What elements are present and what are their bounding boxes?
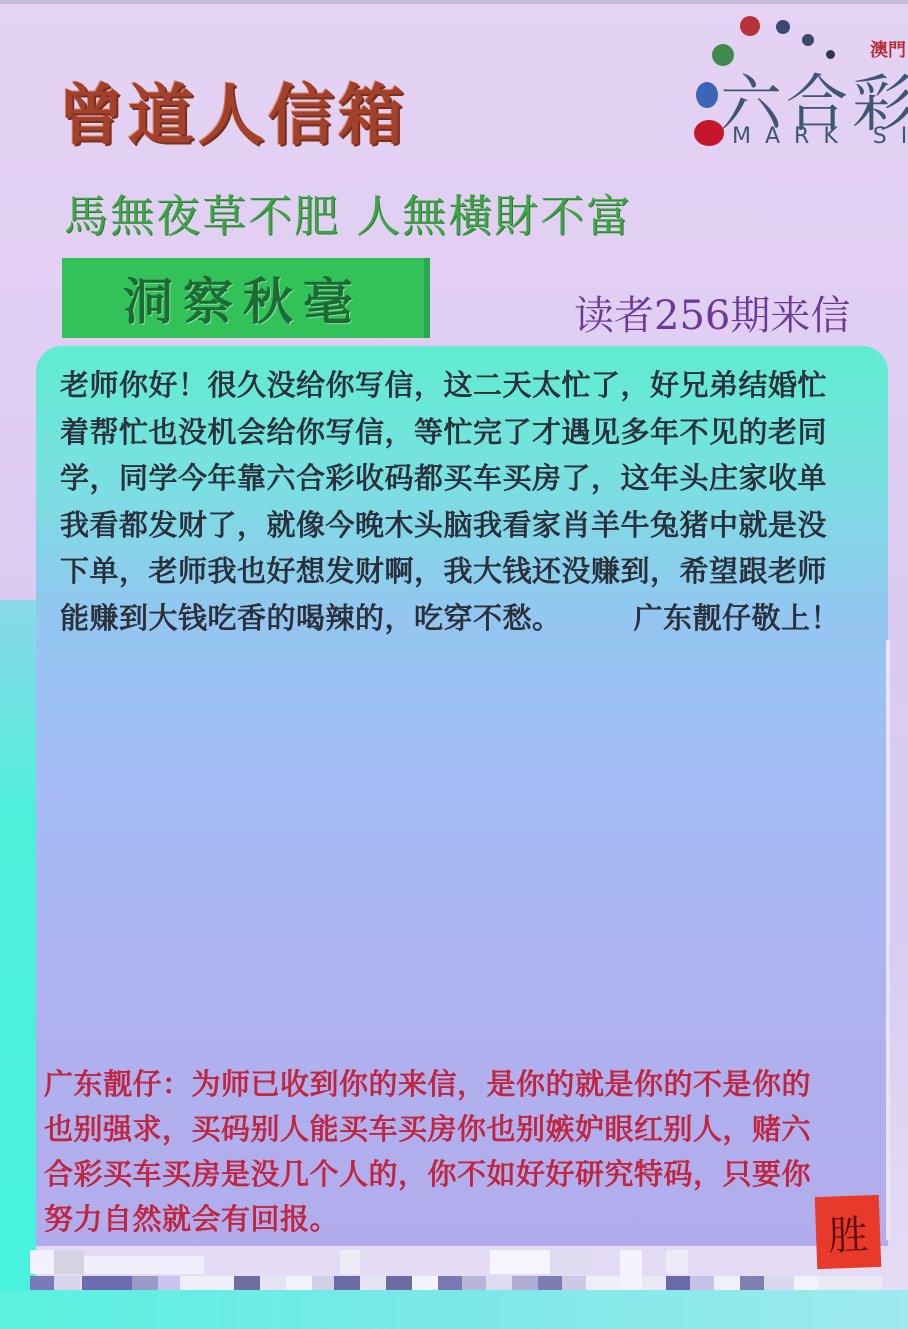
left-edge-strip	[0, 600, 36, 1329]
letter-line: 着帮忙也没机会给你写信，等忙完了才遇见多年不见的老同	[60, 409, 880, 456]
logo-dot-navy	[776, 20, 790, 34]
letter-line: 下单，老师我也好想发财啊，我大钱还没赚到，希望跟老师	[60, 548, 880, 595]
top-edge	[0, 0, 908, 4]
issue-label: 读者256期来信	[574, 284, 850, 341]
card-right-edge	[886, 640, 890, 1240]
logo-tag: 澳門	[870, 36, 906, 62]
letter-signature: 广东靓仔敬上！	[634, 595, 841, 642]
mark-six-logo: 六合彩 MARK SIX 澳門	[676, 10, 908, 150]
reply-line: 努力自然就会有回报。	[44, 1197, 874, 1242]
page-title: 曾道人信箱	[58, 62, 408, 157]
master-reply: 广东靓仔：为师已收到你的来信，是你的就是你的不是你的 也别强求，买码别人能买车买…	[44, 1062, 874, 1242]
letter-line: 我看都发财了，就像今晚木头脑我看家肖羊牛兔猪中就是没	[60, 502, 880, 549]
letter-line: 能赚到大钱吃香的喝辣的，吃穿不愁。	[60, 601, 562, 635]
letter-line: 学，同学今年靠六合彩收码都买车买房了，这年头庄家收单	[60, 455, 880, 502]
bottom-edge-strip	[0, 1290, 908, 1329]
letter-line-last: 能赚到大钱吃香的喝辣的，吃穿不愁。广东靓仔敬上！	[60, 595, 880, 642]
section-badge-label: 洞察秋毫	[123, 262, 363, 334]
reply-line: 也别强求，买码别人能买车买房你也别嫉妒眼红别人，赌六	[44, 1107, 874, 1152]
logo-dot-blue	[696, 82, 718, 108]
section-badge: 洞察秋毫	[62, 258, 430, 338]
letter-line: 老师你好！很久没给你写信，这二天太忙了，好兄弟结婚忙	[60, 362, 880, 409]
logo-dot-slate	[802, 34, 814, 46]
logo-brand-en: MARK SIX	[732, 124, 908, 149]
reader-letter: 老师你好！很久没给你写信，这二天太忙了，好兄弟结婚忙 着帮忙也没机会给你写信，等…	[60, 362, 880, 641]
reply-line: 广东靓仔：为师已收到你的来信，是你的就是你的不是你的	[44, 1062, 874, 1107]
reply-line: 合彩买车买房是没几个人的，你不如好好研究特码，只要你	[44, 1152, 874, 1197]
logo-dot-red	[740, 16, 760, 36]
slogan: 馬無夜草不肥 人無橫財不富	[64, 180, 632, 244]
